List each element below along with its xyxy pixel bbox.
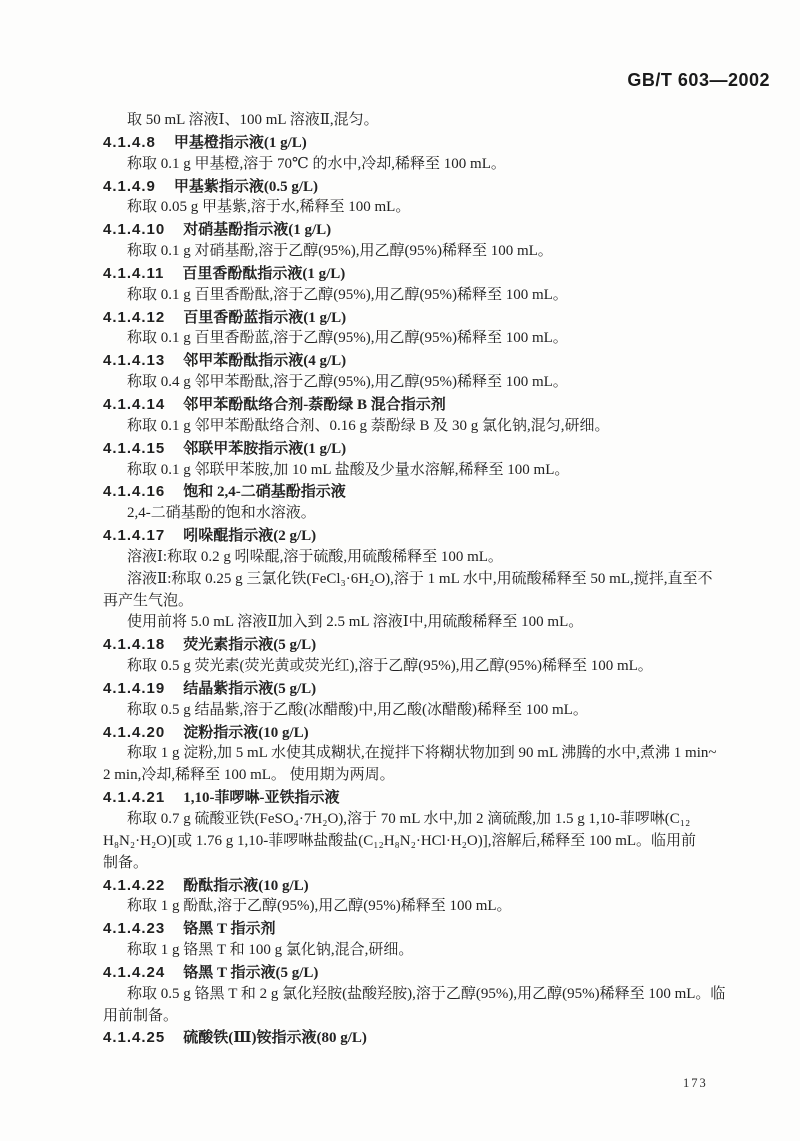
line-text: 称取 0.5 g 结晶紫,溶于乙酸(冰醋酸)中,用乙酸(冰醋酸)稀释至 100 …: [127, 702, 588, 718]
text-line: 称取 0.1 g 邻联甲苯胺,加 10 mL 盐酸及少量水溶解,稀释至 100 …: [103, 460, 775, 482]
text-line: 用前制备。: [103, 1006, 775, 1028]
line-text: 称取 0.5 g 铬黑 T 和 2 g 氯化羟胺(盐酸羟胺),溶于乙醇(95%)…: [127, 986, 725, 1002]
text-line: 2 min,冷却,稀释至 100 mL。 使用期为两周。: [103, 765, 775, 787]
line-text: 称取 0.7 g 硫酸亚铁(FeSO₄·7H₂O),溶于 70 mL 水中,加 …: [127, 811, 690, 827]
line-text: 称取 0.1 g 邻甲苯酚酞络合剂、0.16 g 萘酚绿 B 及 30 g 氯化…: [127, 418, 610, 434]
clause-number: 4.1.4.21: [103, 789, 165, 806]
line-text: 邻甲苯酚酞指示液(4 g/L): [183, 353, 346, 369]
line-text: 2 min,冷却,稀释至 100 mL。 使用期为两周。: [103, 767, 395, 783]
text-line: 4.1.4.24铬黑 T 指示液(5 g/L): [103, 962, 775, 984]
text-line: 制备。: [103, 853, 775, 875]
text-line: 称取 0.4 g 邻甲苯酚酞,溶于乙醇(95%),用乙醇(95%)稀释至 100…: [103, 372, 775, 394]
line-text: 酚酞指示液(10 g/L): [183, 878, 308, 894]
line-text: 称取 0.05 g 甲基紫,溶于水,稀释至 100 mL。: [127, 199, 410, 215]
text-line: 称取 0.5 g 荧光素(荧光黄或荧光红),溶于乙醇(95%),用乙醇(95%)…: [103, 656, 775, 678]
document-page: GB/T 603—2002 取 50 mL 溶液Ⅰ、100 mL 溶液Ⅱ,混匀。…: [0, 0, 800, 1141]
text-line: 4.1.4.211,10-菲啰啉-亚铁指示液: [103, 787, 775, 809]
line-text: 使用前将 5.0 mL 溶液Ⅱ加入到 2.5 mL 溶液Ⅰ中,用硫酸稀释至 10…: [127, 614, 583, 630]
text-line: 4.1.4.12百里香酚蓝指示液(1 g/L): [103, 307, 775, 329]
clause-number: 4.1.4.13: [103, 352, 165, 369]
text-line: 4.1.4.15邻联甲苯胺指示液(1 g/L): [103, 438, 775, 460]
line-text: 吲哚醌指示液(2 g/L): [183, 528, 316, 544]
line-text: 称取 0.1 g 对硝基酚,溶于乙醇(95%),用乙醇(95%)稀释至 100 …: [127, 243, 553, 259]
line-text: 用前制备。: [103, 1008, 178, 1024]
text-line: 2,4-二硝基酚的饱和水溶液。: [103, 503, 775, 525]
text-line: H₈N₂·H₂O)[或 1.76 g 1,10-菲啰啉盐酸盐(C₁₂H₈N₂·H…: [103, 831, 775, 853]
line-text: 称取 0.1 g 百里香酚蓝,溶于乙醇(95%),用乙醇(95%)稀释至 100…: [127, 330, 568, 346]
clause-number: 4.1.4.25: [103, 1029, 165, 1046]
text-line: 4.1.4.11百里香酚酞指示液(1 g/L): [103, 263, 775, 285]
text-line: 称取 1 g 酚酞,溶于乙醇(95%),用乙醇(95%)稀释至 100 mL。: [103, 896, 775, 918]
line-text: 称取 0.1 g 甲基橙,溶于 70℃ 的水中,冷却,稀释至 100 mL。: [127, 156, 506, 172]
line-text: 邻甲苯酚酞络合剂-萘酚绿 B 混合指示剂: [183, 397, 446, 413]
text-line: 4.1.4.13邻甲苯酚酞指示液(4 g/L): [103, 350, 775, 372]
clause-number: 4.1.4.15: [103, 440, 165, 457]
line-text: H₈N₂·H₂O)[或 1.76 g 1,10-菲啰啉盐酸盐(C₁₂H₈N₂·H…: [103, 833, 696, 849]
text-line: 4.1.4.17吲哚醌指示液(2 g/L): [103, 525, 775, 547]
page-number: 173: [683, 1076, 708, 1091]
line-text: 称取 1 g 酚酞,溶于乙醇(95%),用乙醇(95%)稀释至 100 mL。: [127, 898, 512, 914]
text-line: 4.1.4.10对硝基酚指示液(1 g/L): [103, 219, 775, 241]
text-line: 使用前将 5.0 mL 溶液Ⅱ加入到 2.5 mL 溶液Ⅰ中,用硫酸稀释至 10…: [103, 612, 775, 634]
text-line: 4.1.4.14邻甲苯酚酞络合剂-萘酚绿 B 混合指示剂: [103, 394, 775, 416]
text-line: 取 50 mL 溶液Ⅰ、100 mL 溶液Ⅱ,混匀。: [103, 110, 775, 132]
clause-number: 4.1.4.24: [103, 964, 165, 981]
clause-number: 4.1.4.22: [103, 877, 165, 894]
line-text: 邻联甲苯胺指示液(1 g/L): [183, 441, 346, 457]
text-line: 称取 0.5 g 铬黑 T 和 2 g 氯化羟胺(盐酸羟胺),溶于乙醇(95%)…: [103, 984, 775, 1006]
line-text: 溶液Ⅱ:称取 0.25 g 三氯化铁(FeCl₃·6H₂O),溶于 1 mL 水…: [127, 571, 713, 587]
line-text: 溶液Ⅰ:称取 0.2 g 吲哚醌,溶于硫酸,用硫酸稀释至 100 mL。: [127, 549, 503, 565]
line-text: 百里香酚酞指示液(1 g/L): [182, 266, 345, 282]
clause-number: 4.1.4.10: [103, 221, 165, 238]
text-line: 4.1.4.18荧光素指示液(5 g/L): [103, 634, 775, 656]
text-line: 4.1.4.20淀粉指示液(10 g/L): [103, 722, 775, 744]
line-text: 百里香酚蓝指示液(1 g/L): [183, 310, 346, 326]
line-text: 铬黑 T 指示液(5 g/L): [183, 965, 318, 981]
standard-number: GB/T 603—2002: [627, 70, 770, 91]
clause-number: 4.1.4.19: [103, 680, 165, 697]
text-line: 4.1.4.8甲基橙指示液(1 g/L): [103, 132, 775, 154]
text-line: 称取 0.5 g 结晶紫,溶于乙酸(冰醋酸)中,用乙酸(冰醋酸)稀释至 100 …: [103, 700, 775, 722]
line-text: 称取 1 g 淀粉,加 5 mL 水使其成糊状,在搅拌下将糊状物加到 90 mL…: [127, 745, 717, 761]
line-text: 称取 0.4 g 邻甲苯酚酞,溶于乙醇(95%),用乙醇(95%)稀释至 100…: [127, 374, 568, 390]
line-text: 制备。: [103, 855, 148, 871]
document-lines: 取 50 mL 溶液Ⅰ、100 mL 溶液Ⅱ,混匀。4.1.4.8甲基橙指示液(…: [103, 110, 775, 1049]
text-line: 称取 1 g 铬黑 T 和 100 g 氯化钠,混合,研细。: [103, 940, 775, 962]
line-text: 取 50 mL 溶液Ⅰ、100 mL 溶液Ⅱ,混匀。: [127, 112, 379, 128]
text-line: 4.1.4.23铬黑 T 指示剂: [103, 918, 775, 940]
line-text: 称取 1 g 铬黑 T 和 100 g 氯化钠,混合,研细。: [127, 942, 413, 958]
line-text: 称取 0.1 g 百里香酚酞,溶于乙醇(95%),用乙醇(95%)稀释至 100…: [127, 287, 568, 303]
clause-number: 4.1.4.17: [103, 527, 165, 544]
text-line: 再产生气泡。: [103, 591, 775, 613]
clause-number: 4.1.4.23: [103, 920, 165, 937]
line-text: 铬黑 T 指示剂: [183, 921, 275, 937]
clause-number: 4.1.4.16: [103, 483, 165, 500]
text-line: 称取 0.1 g 邻甲苯酚酞络合剂、0.16 g 萘酚绿 B 及 30 g 氯化…: [103, 416, 775, 438]
clause-number: 4.1.4.14: [103, 396, 165, 413]
line-text: 结晶紫指示液(5 g/L): [183, 681, 316, 697]
clause-number: 4.1.4.12: [103, 309, 165, 326]
text-line: 4.1.4.9甲基紫指示液(0.5 g/L): [103, 176, 775, 198]
text-line: 称取 0.1 g 甲基橙,溶于 70℃ 的水中,冷却,稀释至 100 mL。: [103, 154, 775, 176]
text-line: 称取 0.7 g 硫酸亚铁(FeSO₄·7H₂O),溶于 70 mL 水中,加 …: [103, 809, 775, 831]
line-text: 2,4-二硝基酚的饱和水溶液。: [127, 505, 316, 521]
text-line: 溶液Ⅰ:称取 0.2 g 吲哚醌,溶于硫酸,用硫酸稀释至 100 mL。: [103, 547, 775, 569]
text-line: 4.1.4.25硫酸铁(Ⅲ)铵指示液(80 g/L): [103, 1027, 775, 1049]
line-text: 称取 0.1 g 邻联甲苯胺,加 10 mL 盐酸及少量水溶解,稀释至 100 …: [127, 462, 569, 478]
clause-number: 4.1.4.18: [103, 636, 165, 653]
text-line: 称取 0.05 g 甲基紫,溶于水,稀释至 100 mL。: [103, 197, 775, 219]
line-text: 1,10-菲啰啉-亚铁指示液: [183, 790, 339, 806]
text-line: 称取 0.1 g 百里香酚蓝,溶于乙醇(95%),用乙醇(95%)稀释至 100…: [103, 328, 775, 350]
line-text: 饱和 2,4-二硝基酚指示液: [183, 484, 346, 500]
line-text: 称取 0.5 g 荧光素(荧光黄或荧光红),溶于乙醇(95%),用乙醇(95%)…: [127, 658, 653, 674]
line-text: 淀粉指示液(10 g/L): [183, 725, 308, 741]
text-line: 4.1.4.22酚酞指示液(10 g/L): [103, 875, 775, 897]
text-line: 4.1.4.16饱和 2,4-二硝基酚指示液: [103, 481, 775, 503]
clause-number: 4.1.4.11: [103, 265, 164, 282]
text-line: 溶液Ⅱ:称取 0.25 g 三氯化铁(FeCl₃·6H₂O),溶于 1 mL 水…: [103, 569, 775, 591]
clause-number: 4.1.4.20: [103, 724, 165, 741]
clause-number: 4.1.4.8: [103, 134, 156, 151]
line-text: 甲基橙指示液(1 g/L): [174, 135, 307, 151]
text-line: 称取 1 g 淀粉,加 5 mL 水使其成糊状,在搅拌下将糊状物加到 90 mL…: [103, 743, 775, 765]
text-line: 称取 0.1 g 对硝基酚,溶于乙醇(95%),用乙醇(95%)稀释至 100 …: [103, 241, 775, 263]
line-text: 甲基紫指示液(0.5 g/L): [174, 179, 318, 195]
line-text: 荧光素指示液(5 g/L): [183, 637, 316, 653]
line-text: 硫酸铁(Ⅲ)铵指示液(80 g/L): [183, 1030, 367, 1046]
line-text: 再产生气泡。: [103, 593, 193, 609]
text-line: 称取 0.1 g 百里香酚酞,溶于乙醇(95%),用乙醇(95%)稀释至 100…: [103, 285, 775, 307]
clause-number: 4.1.4.9: [103, 178, 156, 195]
line-text: 对硝基酚指示液(1 g/L): [183, 222, 331, 238]
text-line: 4.1.4.19结晶紫指示液(5 g/L): [103, 678, 775, 700]
